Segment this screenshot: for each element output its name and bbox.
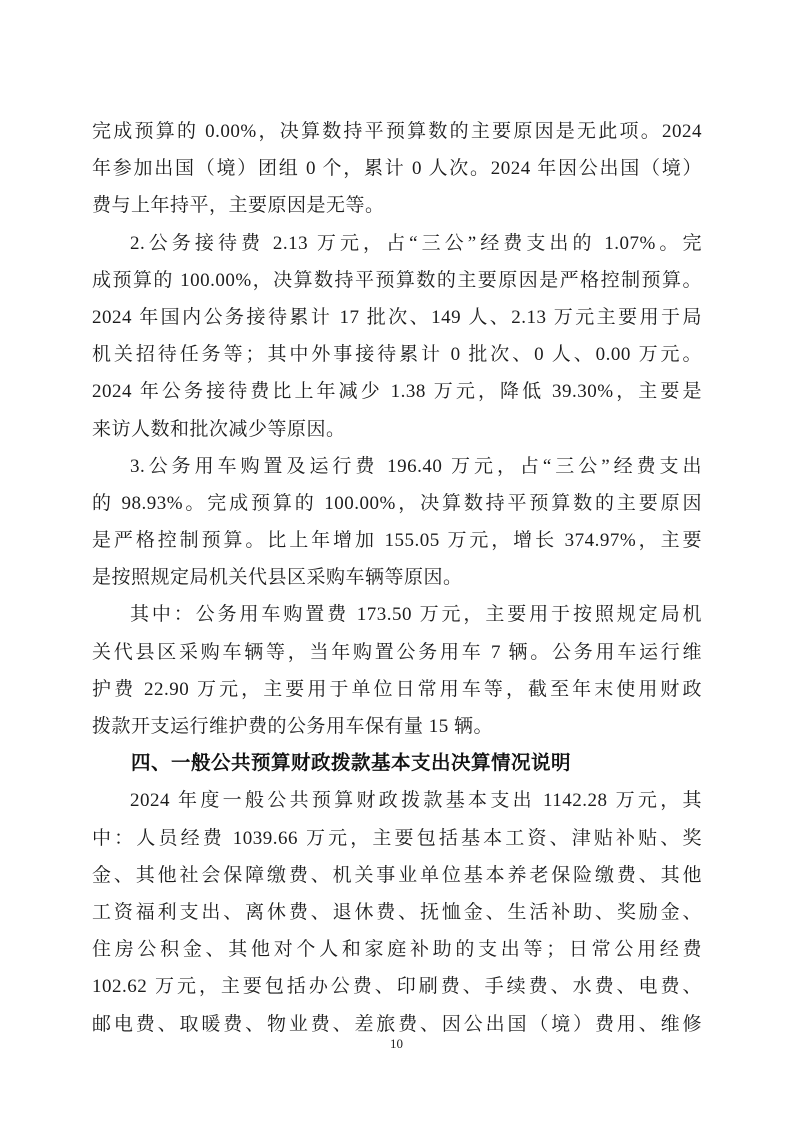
text-line: 是按照规定局机关代县区采购车辆等原因。 bbox=[92, 559, 702, 596]
text-line: 102.62 万元，主要包括办公费、印刷费、手续费、水费、电费、 bbox=[92, 968, 702, 1005]
text-line: 护费 22.90 万元，主要用于单位日常用车等，截至年末使用财政 bbox=[92, 671, 702, 708]
text-line: 其中：公务用车购置费 173.50 万元，主要用于按照规定局机 bbox=[92, 596, 702, 633]
text-line: 来访人数和批次减少等原因。 bbox=[92, 411, 702, 448]
text-line: 住房公积金、其他对个人和家庭补助的支出等；日常公用经费 bbox=[92, 931, 702, 968]
text-line: 2024 年公务接待费比上年减少 1.38 万元，降低 39.30%，主要是 bbox=[92, 373, 702, 410]
text-line: 拨款开支运行维护费的公务用车保有量 15 辆。 bbox=[92, 708, 702, 745]
text-line: 机关招待任务等；其中外事接待累计 0 批次、0 人、0.00 万元。 bbox=[92, 336, 702, 373]
text-block: 完成预算的 0.00%，决算数持平预算数的主要原因是无此项。2024 年参加出国… bbox=[92, 113, 702, 1043]
text-line: 金、其他社会保障缴费、机关事业单位基本养老保险缴费、其他 bbox=[92, 857, 702, 894]
text-line: 2024 年国内公务接待累计 17 批次、149 人、2.13 万元主要用于局 bbox=[92, 299, 702, 336]
text-line: 2024 年度一般公共预算财政拨款基本支出 1142.28 万元，其 bbox=[92, 782, 702, 819]
page-number: 10 bbox=[0, 1036, 793, 1052]
text-line: 的 98.93%。完成预算的 100.00%，决算数持平预算数的主要原因 bbox=[92, 485, 702, 522]
text-line: 工资福利支出、离休费、退休费、抚恤金、生活补助、奖励金、 bbox=[92, 894, 702, 931]
section-heading: 四、一般公共预算财政拨款基本支出决算情况说明 bbox=[92, 745, 702, 782]
text-line: 是严格控制预算。比上年增加 155.05 万元，增长 374.97%，主要 bbox=[92, 522, 702, 559]
text-line: 中：人员经费 1039.66 万元，主要包括基本工资、津贴补贴、奖 bbox=[92, 820, 702, 857]
text-line: 2.公务接待费 2.13 万元，占“三公”经费支出的 1.07%。完 bbox=[92, 225, 702, 262]
text-line: 关代县区采购车辆等，当年购置公务用车 7 辆。公务用车运行维 bbox=[92, 634, 702, 671]
document-page: 完成预算的 0.00%，决算数持平预算数的主要原因是无此项。2024 年参加出国… bbox=[0, 0, 793, 1122]
text-line: 年参加出国（境）团组 0 个，累计 0 人次。2024 年因公出国（境） bbox=[92, 150, 702, 187]
text-line: 费与上年持平，主要原因是无等。 bbox=[92, 187, 702, 224]
text-line: 3.公务用车购置及运行费 196.40 万元，占“三公”经费支出 bbox=[92, 448, 702, 485]
text-line: 完成预算的 0.00%，决算数持平预算数的主要原因是无此项。2024 bbox=[92, 113, 702, 150]
text-line: 成预算的 100.00%，决算数持平预算数的主要原因是严格控制预算。 bbox=[92, 262, 702, 299]
